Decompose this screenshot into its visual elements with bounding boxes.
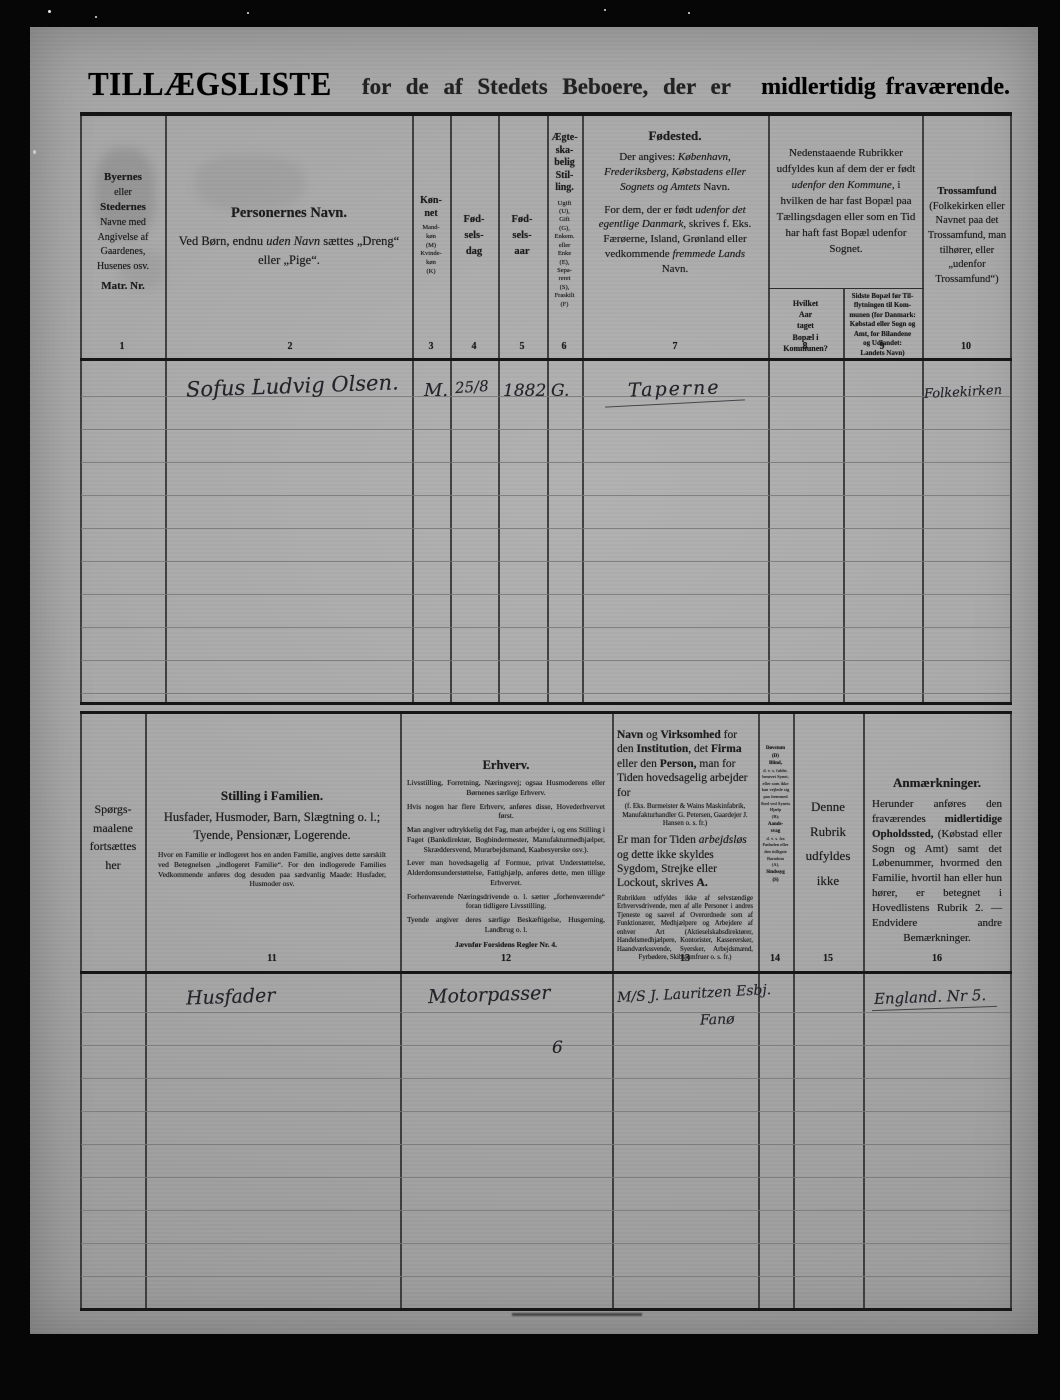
scanned-census-page: TILLÆGSLISTE for de af Stedets Beboere, … <box>0 0 1060 1400</box>
erhverv-p6: Tyende angiver deres særlige Beskæftigel… <box>407 915 605 935</box>
handwritten-occupation: Motorpasser <box>428 982 551 1008</box>
header-stilling-i-familien: Stilling i Familien. <box>152 788 392 804</box>
header-personernes-navn: Personernes Navn. <box>175 205 403 222</box>
film-speck <box>48 10 51 13</box>
film-speck <box>688 12 690 14</box>
employer-lead-1: og <box>643 729 660 741</box>
column-number-9: 9 <box>867 341 897 352</box>
row-line <box>81 1111 1010 1112</box>
column-number-3: 3 <box>416 341 446 352</box>
col-header-group-8-9: Nedenstaaende Rubrikker udfyldes kun af … <box>775 146 917 258</box>
film-speck <box>33 150 36 154</box>
header-byernes: Byernes <box>83 170 163 186</box>
row-line <box>81 693 1010 694</box>
handwritten-sex: M. <box>424 380 448 401</box>
erhverv-p4: Lever man hovedsagelig af Formue, privat… <box>407 858 605 887</box>
foedested-p2a: For dem, der er født <box>604 204 695 216</box>
column-number-12: 12 <box>491 953 521 964</box>
header-eller: eller <box>83 186 163 201</box>
header-stilling-main: Husfader, Husmoder, Barn, Slægtning o. l… <box>152 809 392 844</box>
row-line <box>81 1243 1010 1244</box>
film-speck <box>95 16 97 18</box>
title-lead: TILLÆGSLISTE <box>88 65 332 104</box>
erhverv-p2: Hvis nogen har flere Erhverv, anføres di… <box>407 802 605 822</box>
row-line <box>81 495 1010 496</box>
row-line <box>81 528 1010 529</box>
col-header-sex: Køn- net Mand- køn (M) Kvinde- køn (K) <box>413 195 449 277</box>
remarks-s2: (Købstad eller Sogn og Amt) samt det Løb… <box>872 828 1002 944</box>
erhverv-p5: Forhenværende Næringsdrivende o. l. sætt… <box>407 892 605 912</box>
printer-imprint <box>512 1313 642 1316</box>
foedested-p2: For dem, der er født udenfor det egentli… <box>596 203 754 277</box>
header-trossamfund-rest: (Folkekirken eller Navnet paa det Trossa… <box>928 201 1006 285</box>
row-line <box>81 1012 1010 1013</box>
column-number-15: 15 <box>813 953 843 964</box>
employer-lead-3: , det <box>688 743 711 755</box>
column-number-8: 8 <box>790 341 820 352</box>
row-line <box>81 1045 1010 1046</box>
employer-lead-b1: Navn <box>617 729 643 741</box>
employer-lead-b4: Firma <box>711 743 742 755</box>
column-divider <box>165 116 167 702</box>
employer-lead-b5: Person, <box>660 758 697 770</box>
name-note-1: Ved Børn, endnu <box>179 234 267 248</box>
column-number-11: 11 <box>257 953 287 964</box>
row-line <box>81 594 1010 595</box>
row-line <box>81 627 1010 628</box>
handwritten-status: G. <box>551 381 569 401</box>
disab-4: d. v. s. fra Fødselen eller den tidligst… <box>759 836 792 869</box>
erhverv-p1: Livsstilling, Forretning, Næringsvej; og… <box>407 778 605 798</box>
film-speck <box>604 9 606 11</box>
erhverv-p7: Jævnfør Forsidens Regler Nr. 4. <box>407 940 605 949</box>
header-bottom-rule <box>80 358 1012 361</box>
employer-q: Er man for Tiden arbejdsløs og dette ikk… <box>617 833 753 891</box>
header-name-note: Ved Børn, endnu uden Navn sættes „Dreng“… <box>175 232 403 270</box>
employer-q-italic: arbejdsløs <box>699 834 747 846</box>
lower-header-bottom-rule <box>80 971 1012 974</box>
col-header-employer: Navn og Virksomhed for den Institution, … <box>617 728 753 963</box>
group-header-italic: udenfor den Kommune, <box>792 179 895 191</box>
name-note-italic: uden Navn <box>266 234 320 248</box>
disab-2: d. v. s. fuldst. berøvet Synet, eller so… <box>759 768 792 821</box>
employer-lead: Navn og Virksomhed for den Institution, … <box>617 728 753 800</box>
employer-lead-b3: Institution <box>636 743 688 755</box>
row-line <box>81 462 1010 463</box>
column-number-5: 5 <box>507 341 537 352</box>
lower-table-top-rule-2 <box>80 711 1012 714</box>
column-divider <box>922 116 924 702</box>
header-matr-nr: Matr. Nr. <box>83 279 163 295</box>
handwritten-birthplace: Taperne <box>628 376 721 401</box>
remarks-body: Herunder anføres den fraværendes midlert… <box>872 797 1002 945</box>
column-number-1: 1 <box>107 341 137 352</box>
header-foedested: Fødested. <box>596 128 754 144</box>
title-mid: for de af Stedets Beboere, der er <box>362 74 731 100</box>
disab-3: Aands- svag <box>759 821 792 836</box>
col-header-remarks: Anmærkninger. Herunder anføres den fravæ… <box>872 775 1002 945</box>
col-header-marital: Ægte- ska- belig Stil- ling. Ugift (U), … <box>548 132 581 309</box>
col-header-birthyear: Fød- sels- aar <box>499 212 545 259</box>
header-koennet-sub: Mand- køn (M) Kvinde- køn (K) <box>413 224 449 277</box>
subheader-divider <box>768 288 924 289</box>
header-place-body: Navne med Angivelse af Gaardenes, Husene… <box>83 216 163 274</box>
column-number-14: 14 <box>760 953 790 964</box>
column-divider <box>80 116 82 702</box>
header-aegteskabelig: Ægte- ska- belig Stil- ling. <box>548 132 581 195</box>
bleed-smudge <box>195 155 305 210</box>
column-number-13: 13 <box>670 953 700 964</box>
row-line <box>81 1078 1010 1079</box>
disab-5: Sindssyg (S) <box>759 869 792 884</box>
header-aegteskabelig-sub: Ugift (U), Gift (G), Enkem. eller Enke (… <box>548 200 581 310</box>
col-header-faith: Trossamfund (Folkekirken eller Navnet pa… <box>927 185 1007 288</box>
row-line <box>81 1276 1010 1277</box>
col-header-disabilities: Døvstum (D) Blind, d. v. s. fuldst. berø… <box>759 745 792 884</box>
column-divider <box>498 116 500 702</box>
film-speck <box>247 12 249 14</box>
col-header-place: Byernes eller Stedernes Navne med Angive… <box>83 170 163 295</box>
foedested-p2c: Navn. <box>662 263 689 275</box>
erhverv-p3: Man angiver udtrykkelig det Fag, man arb… <box>407 825 605 854</box>
title-tail: midlertidig fraværende. <box>761 74 1010 101</box>
col-header-name: Personernes Navn. Ved Børn, endnu uden N… <box>175 205 403 270</box>
row-line <box>81 1144 1010 1145</box>
disab-1: Døvstum (D) Blind, <box>759 745 792 768</box>
col-header-not-filled: Denne Rubrik udfyldes ikke <box>795 795 861 894</box>
document-title: TILLÆGSLISTE for de af Stedets Beboere, … <box>88 66 1010 102</box>
foedested-p1a: Der angives: <box>619 151 678 163</box>
column-divider <box>1010 714 1012 1310</box>
header-anmaerkninger: Anmærkninger. <box>872 775 1002 791</box>
col-header-birthday: Fød- sels- dag <box>451 212 497 259</box>
row-line <box>81 660 1010 661</box>
header-koennet: Køn- net <box>413 195 449 220</box>
lower-table-bottom-rule <box>80 1308 1012 1311</box>
employer-lead-b2: Virksomhed <box>660 729 720 741</box>
header-erhverv: Erhverv. <box>407 758 605 773</box>
col-header-occupation: Erhverv. Livsstilling, Forretning, Nærin… <box>407 758 605 949</box>
employer-paren: (f. Eks. Burmeister & Wains Maskinfabrik… <box>617 802 753 828</box>
header-trossamfund: Trossamfund <box>937 186 996 197</box>
foedested-p1b: Navn. <box>703 181 730 193</box>
column-divider <box>768 116 770 702</box>
title-rule <box>80 112 1012 116</box>
side-label-questions-continue: Spørgs- maalene fortsættes her <box>84 800 142 874</box>
employer-q-bold: A. <box>697 877 708 889</box>
column-number-10: 10 <box>951 341 981 352</box>
row-line <box>81 561 1010 562</box>
header-stedernes: Stedernes <box>83 200 163 216</box>
column-divider <box>582 116 584 702</box>
column-divider <box>1010 116 1012 702</box>
handwritten-birthday: 25/8 <box>454 377 489 397</box>
col-header-family-position: Stilling i Familien. Husfader, Husmoder,… <box>152 788 392 889</box>
handwritten-stray-mark: 6 <box>552 1038 563 1058</box>
column-number-7: 7 <box>660 341 690 352</box>
handwritten-employer-2: Fanø <box>700 1011 735 1028</box>
handwritten-position: Husfader <box>186 984 276 1009</box>
column-number-6: 6 <box>549 341 579 352</box>
column-divider <box>450 116 452 702</box>
group-header-1: Nedenstaaende Rubrikker udfyldes kun af … <box>777 147 916 175</box>
lower-table-top-rule-1 <box>80 702 1012 705</box>
col-header-birthplace: Fødested. Der angives: København, Freder… <box>596 128 754 277</box>
column-number-16: 16 <box>922 953 952 964</box>
foedested-p1: Der angives: København, Frederiksberg, K… <box>596 150 754 195</box>
header-stilling-fine: Hvor en Familie er indlogeret hos en and… <box>152 850 392 889</box>
row-line <box>81 1210 1010 1211</box>
column-number-2: 2 <box>275 341 305 352</box>
foedested-p2-italic2: fremmede Lands <box>672 248 745 260</box>
handwritten-birthyear: 1882 <box>503 381 546 401</box>
column-number-4: 4 <box>459 341 489 352</box>
employer-q1: Er man for Tiden <box>617 834 699 846</box>
row-line <box>81 1177 1010 1178</box>
employer-lead-4: eller den <box>617 758 660 770</box>
row-line <box>81 429 1010 430</box>
